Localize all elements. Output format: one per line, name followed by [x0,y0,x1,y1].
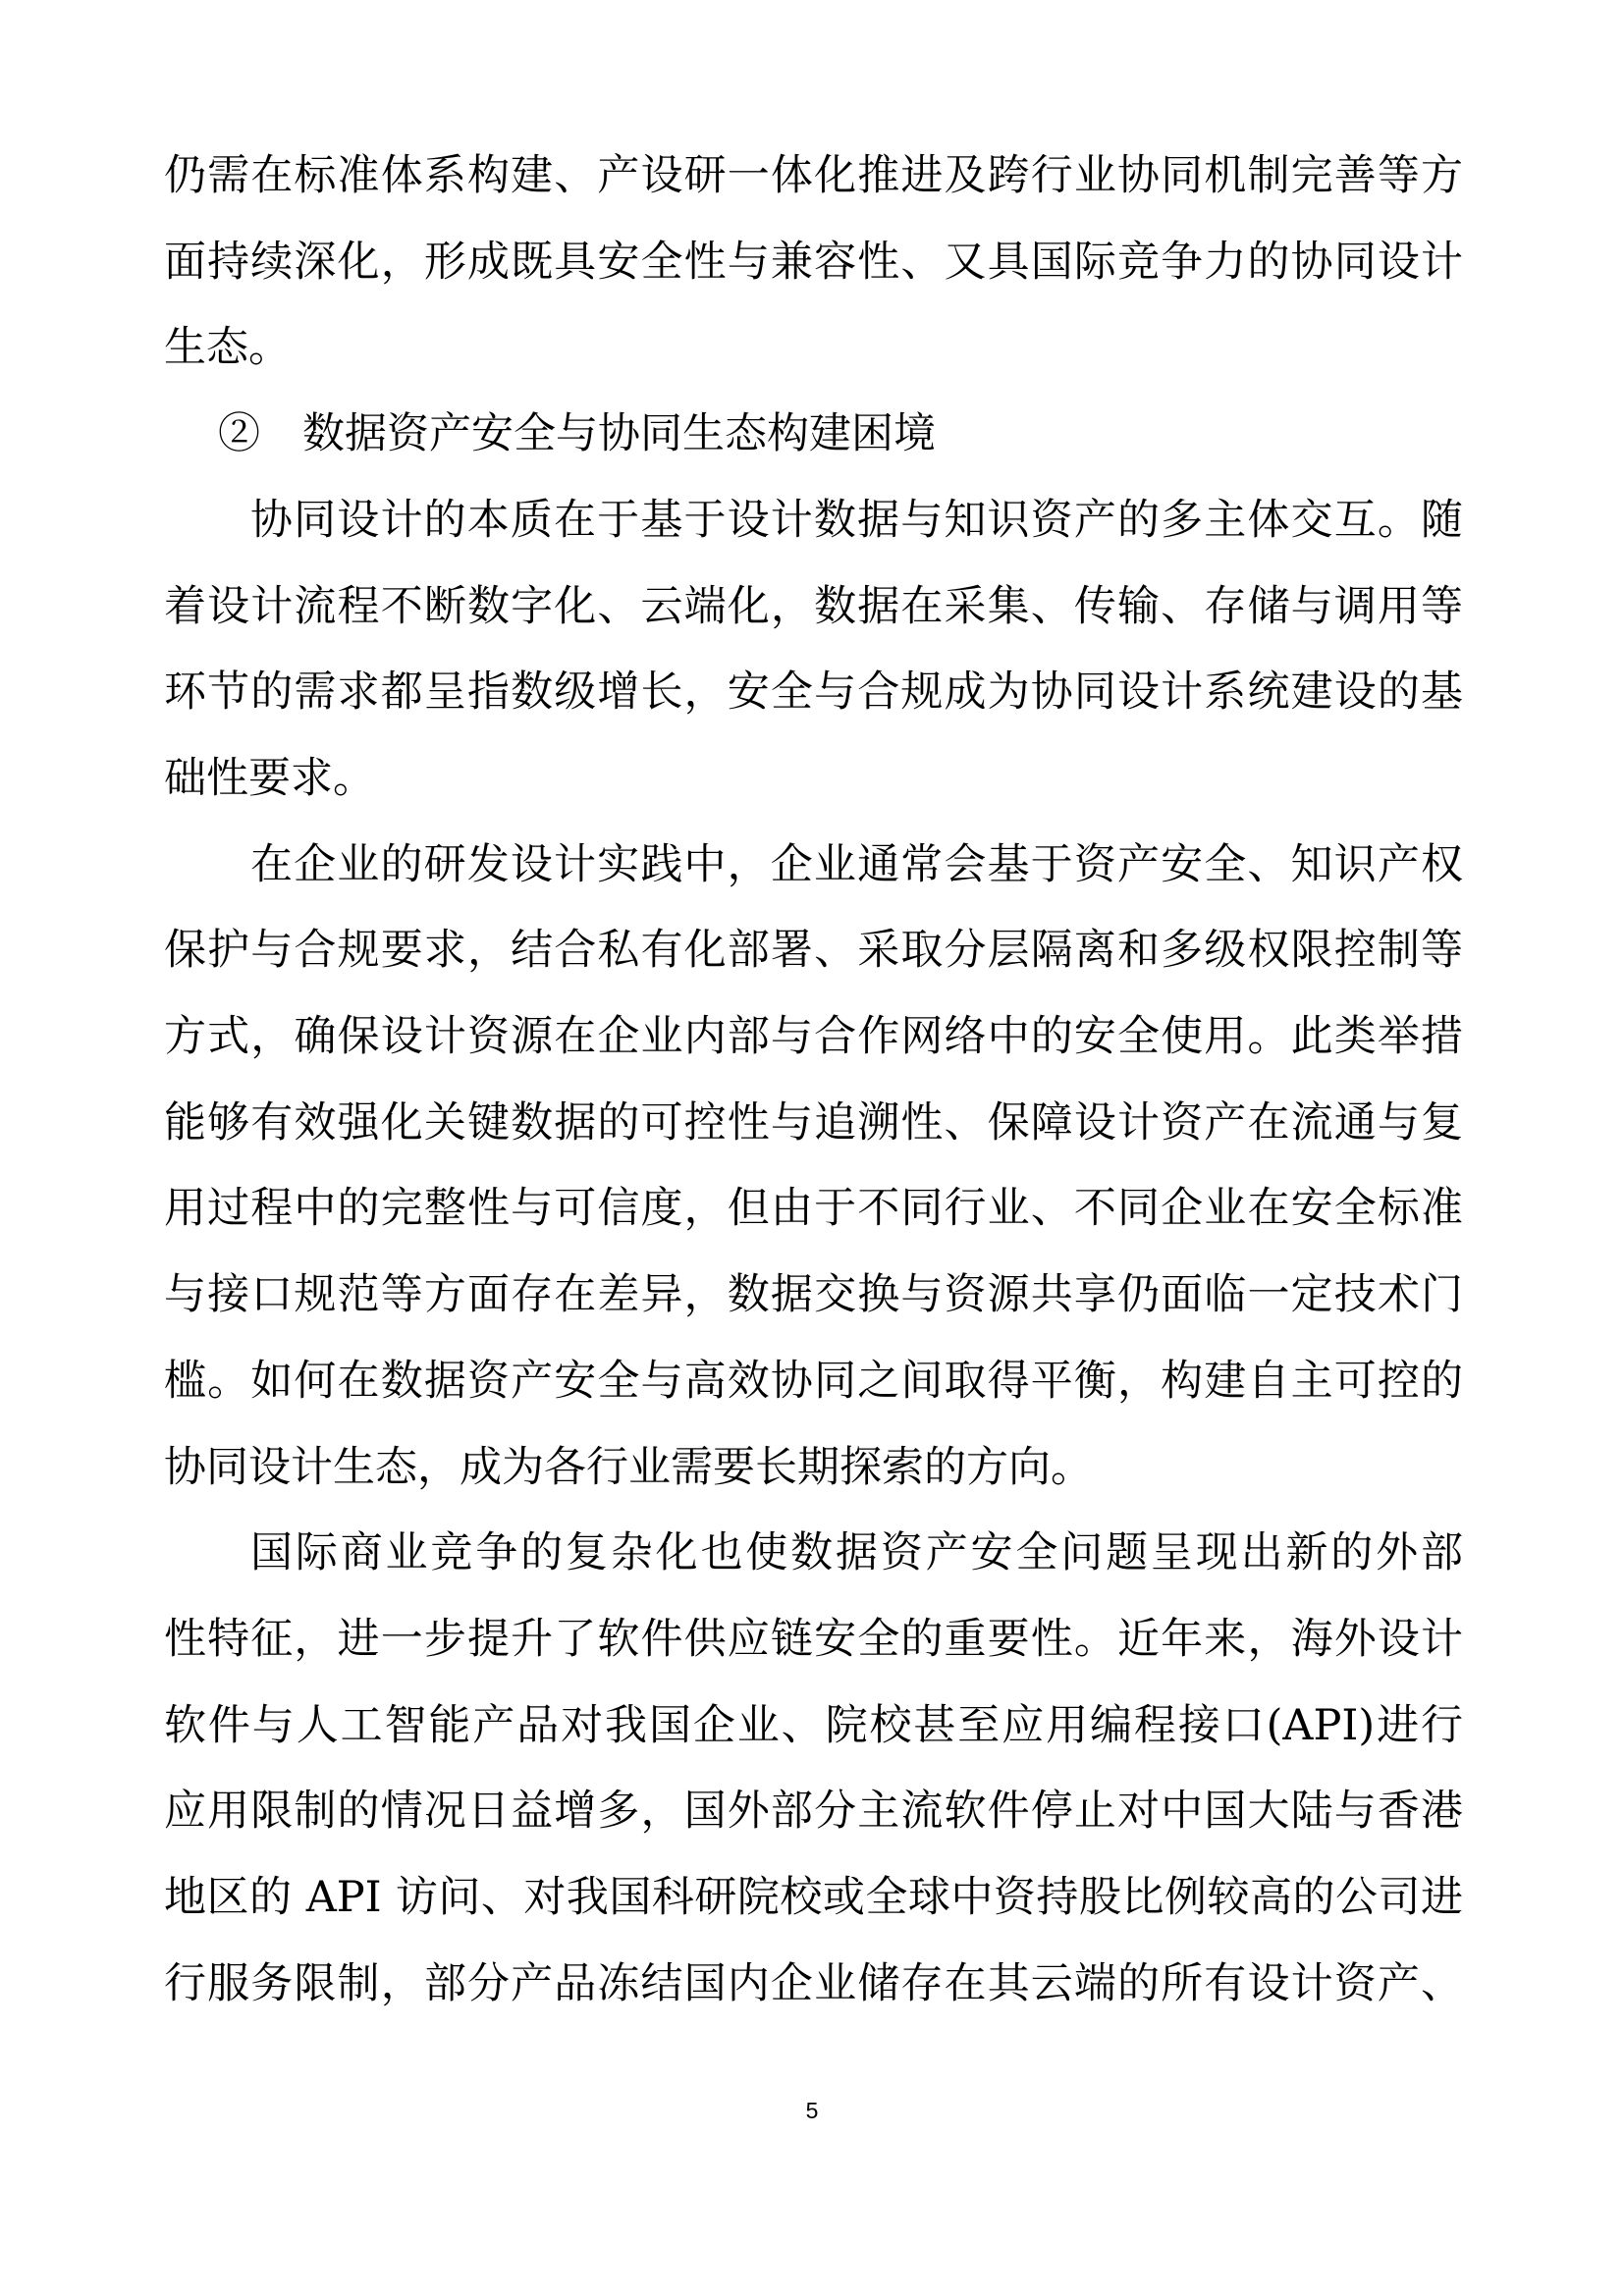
text-line: 保护与合规要求，结合私有化部署、采取分层隔离和多级权限控制等 [164,908,1463,994]
text-line: 面持续深化，形成既具安全性与兼容性、又具国际竞争力的协同设计 [164,220,1463,306]
document-page: 仍需在标准体系构建、产设研一体化推进及跨行业协同机制完善等方面持续深化，形成既具… [0,0,1624,2296]
text-line: 着设计流程不断数字化、云端化，数据在采集、传输、存储与调用等 [164,564,1463,651]
text-line: 性特征，进一步提升了软件供应链安全的重要性。近年来，海外设计 [164,1597,1463,1683]
text-line: 与接口规范等方面存在差异，数据交换与资源共享仍面临一定技术门 [164,1253,1463,1339]
text-line: 地区的 API 访问、对我国科研院校或全球中资持股比例较高的公司进 [164,1855,1463,1942]
text-line: 槛。如何在数据资产安全与高效协同之间取得平衡，构建自主可控的 [164,1339,1463,1425]
text-line: 协同设计生态，成为各行业需要长期探索的方向。 [164,1425,1463,1512]
text-line: 仍需在标准体系构建、产设研一体化推进及跨行业协同机制完善等方 [164,133,1463,220]
page-number: 5 [0,2098,1624,2124]
text-line: 行服务限制，部分产品冻结国内企业储存在其云端的所有设计资产、 [164,1942,1463,2028]
text-line: 环节的需求都呈指数级增长，安全与合规成为协同设计系统建设的基 [164,650,1463,736]
text-line: 能够有效强化关键数据的可控性与追溯性、保障设计资产在流通与复 [164,1081,1463,1167]
text-line: 生态。 [164,305,1463,392]
text-line: ② 数据资产安全与协同生态构建困境 [164,392,1463,478]
text-line: 软件与人工智能产品对我国企业、院校甚至应用编程接口(API)进行 [164,1683,1463,1770]
text-line: 在企业的研发设计实践中，企业通常会基于资产安全、知识产权 [164,823,1463,909]
text-line: 应用限制的情况日益增多，国外部分主流软件停止对中国大陆与香港 [164,1769,1463,1855]
text-line: 协同设计的本质在于基于设计数据与知识资产的多主体交互。随 [164,478,1463,564]
text-line: 方式，确保设计资源在企业内部与合作网络中的安全使用。此类举措 [164,994,1463,1081]
text-line: 国际商业竞争的复杂化也使数据资产安全问题呈现出新的外部 [164,1511,1463,1597]
text-lines: 仍需在标准体系构建、产设研一体化推进及跨行业协同机制完善等方面持续深化，形成既具… [164,133,1463,2027]
text-line: 用过程中的完整性与可信度，但由于不同行业、不同企业在安全标准 [164,1166,1463,1253]
text-line: 础性要求。 [164,736,1463,823]
